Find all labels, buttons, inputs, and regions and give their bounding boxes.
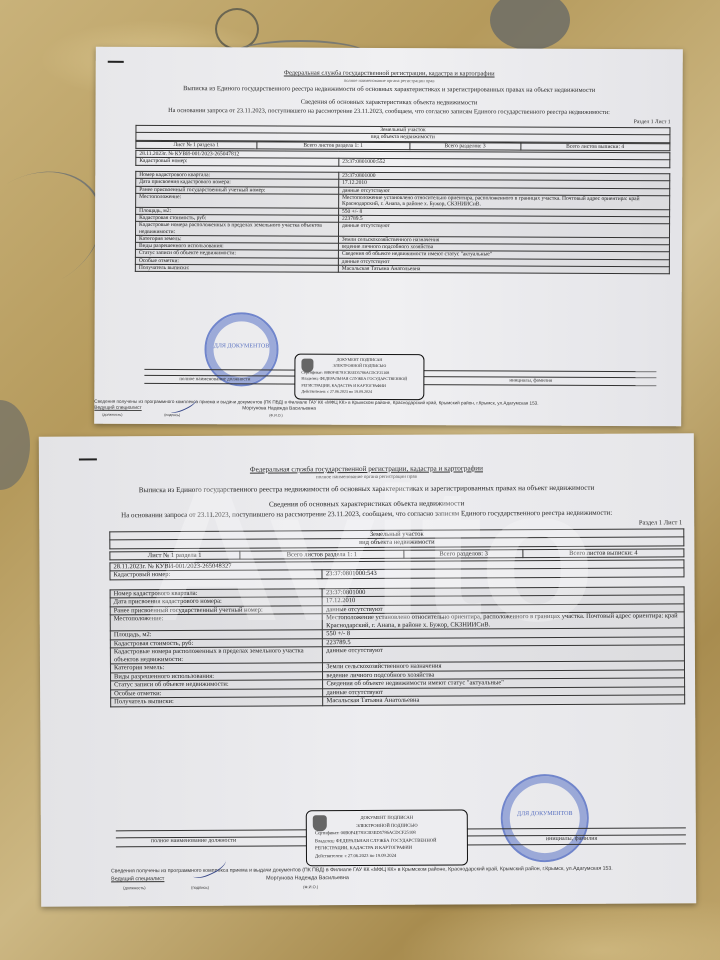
table-row: Получатель выписки:Масальская Татьяна Ан… (135, 264, 669, 274)
sheet-number: Лист № 1 раздела 1 (110, 551, 240, 560)
section-sheets-total: Всего листов раздела 1: 1 (239, 550, 404, 559)
request-basis: На основании запроса от 23.11.2023, пост… (39, 508, 694, 519)
row-value: Местоположение установлено относительно … (323, 612, 685, 630)
characteristics-table: Номер кадастрового квартала:23:37:080100… (110, 586, 686, 707)
coat-of-arms-icon (313, 815, 327, 831)
cadastral-table: 28.11.2023г. № КУВИ-001/2023-265048327 К… (109, 559, 684, 580)
row-label: Местоположение: (136, 193, 339, 208)
initials-caption: инициалы, фамилия (546, 836, 597, 842)
row-label: Получатель выписки: (111, 697, 323, 707)
row-value: Местоположение установлено относительно … (339, 194, 670, 209)
document-subtitle: Сведения об основных характеристиках объ… (96, 98, 683, 108)
row-value: Масальская Татьяна Анатольевна (338, 265, 669, 274)
sections-total: Всего разделов: 3 (410, 143, 521, 151)
cadastral-label: Кадастровый номер: (110, 570, 322, 580)
row-value: данные отсутствуют (323, 645, 685, 663)
position-caption-small: (должность) (123, 885, 146, 890)
round-stamp: ДЛЯ ДОКУМЕНТОВ (501, 774, 589, 862)
row-label: Кадастровые номера расположенных в преде… (136, 222, 339, 237)
document-title: Выписка из Единого государственного реес… (96, 85, 683, 95)
source-note: Сведения получены из программного компле… (94, 399, 538, 406)
fio-caption-small: (Ф.И.О.) (269, 413, 283, 417)
fabric-flower-decoration (0, 400, 30, 490)
table-row: Получатель выписки:Масальская Татьяна Ан… (111, 695, 685, 706)
request-basis: На основании запроса от 23.11.2023, пост… (96, 107, 683, 117)
electronic-signature-box: ДОКУМЕНТ ПОДПИСАН ЭЛЕКТРОННОЙ ПОДПИСЬЮ С… (294, 354, 424, 401)
electronic-signature-box: ДОКУМЕНТ ПОДПИСАН ЭЛЕКТРОННОЙ ПОДПИСЬЮ С… (306, 809, 468, 866)
specialist-name: Моргунова Надежда Васильевна (266, 875, 349, 881)
source-note: Сведения получены из программного компле… (111, 866, 613, 875)
coat-of-arms-icon (301, 359, 313, 373)
characteristics-table: Номер кадастрового квартала:23:37:080100… (135, 171, 670, 275)
extract-sheets-total: Всего листов выписки: 4 (520, 143, 669, 151)
section-sheet: Раздел 1 Лист 1 (639, 519, 682, 526)
specialist-position: Ведущий специалист (111, 876, 164, 882)
initials-caption: инициалы, фамилия (509, 379, 552, 384)
cadastral-number: 23:37:0801000:552 (339, 159, 670, 168)
row-label: Местоположение: (110, 614, 322, 631)
row-label: Кадастровые номера расположенных в преде… (110, 647, 322, 664)
header-table: Земельный участок вид объекта недвижимос… (135, 125, 670, 143)
signature-caption-small: (подпись) (164, 413, 180, 417)
fabric-flower-decoration (490, 0, 570, 50)
sheet-number: Лист № 1 раздела 1 (136, 141, 257, 149)
section-sheets-total: Всего листов раздела 1: 1 (257, 142, 410, 150)
extract-sheets-total: Всего листов выписки: 4 (523, 549, 684, 558)
row-value: данные отсутствуют (338, 222, 669, 237)
document-extract-1: Федеральная служба государственной регис… (94, 47, 683, 427)
fio-caption-small: (Ф.И.О.) (303, 884, 318, 889)
header-table: Земельный участок вид объекта недвижимос… (109, 528, 684, 549)
agency-caption: полное наименование органа регистрации п… (39, 473, 694, 481)
scan-mark (108, 61, 124, 63)
specialist-position: Ведущий специалист (94, 406, 141, 411)
section-sheet: Раздел 1 Лист 1 (634, 119, 671, 125)
document-title: Выписка из Единого государственного реес… (39, 483, 694, 494)
sections-total: Всего разделов: 3 (404, 550, 523, 559)
object-type-caption: вид объекта недвижимости (110, 537, 684, 548)
signature-caption-small: (подпись) (191, 885, 209, 890)
position-caption: полное наименование должности (151, 838, 236, 844)
position-caption-small: (должность) (102, 413, 122, 417)
cadastral-number: 23:37:0801000:543 (322, 568, 684, 578)
scan-mark (79, 458, 97, 460)
row-label: Получатель выписки: (135, 264, 338, 272)
position-caption: полное наименование должности (179, 377, 250, 382)
specialist-name: Моргунова Надежда Васильевна (242, 406, 316, 411)
cadastral-label: Кадастровый номер: (136, 158, 339, 166)
document-extract-2: Федеральная служба государственной регис… (39, 433, 696, 906)
cadastral-table: 28.11.2023г. № КУВИ-001/2023-265047812 К… (135, 150, 670, 168)
row-value: Масальская Татьяна Анатольевна (323, 695, 685, 705)
